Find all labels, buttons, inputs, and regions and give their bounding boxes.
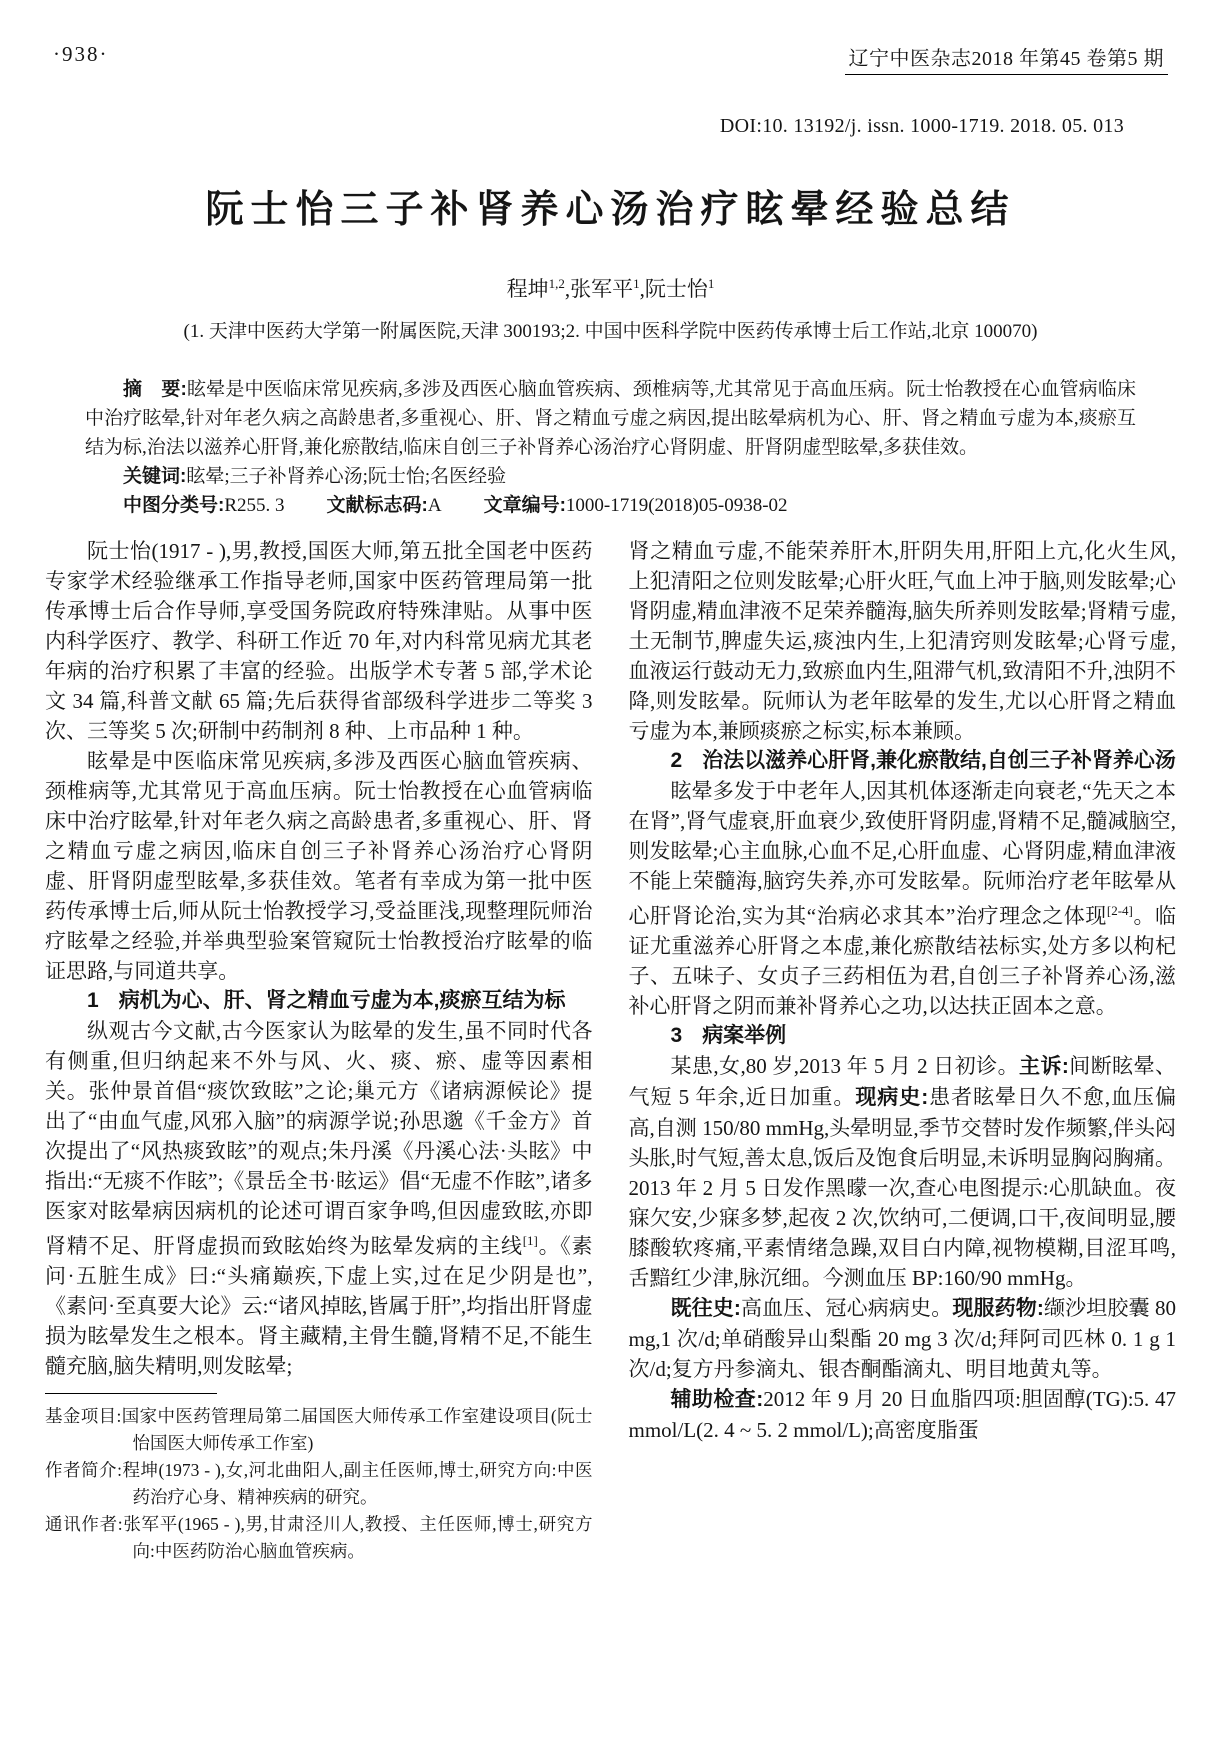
journal-issue-title: 辽宁中医杂志2018 年第45 卷第5 期 (845, 42, 1169, 75)
abstract-label: 摘 要: (123, 379, 187, 400)
footnote-text: 张军平(1965 - ),男,甘肃泾川人,教授、主任医师,博士,研究方向:中医药… (123, 1514, 593, 1561)
meta-line: 中图分类号:R255. 3文献标志码:A文章编号:1000-1719(2018)… (85, 491, 1136, 520)
history-paragraph: 既往史:高血压、冠心病病史。现服药物:缬沙坦胶囊 80 mg,1 次/d;单硝酸… (629, 1293, 1177, 1384)
footnote-area: 基金项目:国家中医药管理局第二届国医大师传承工作室建设项目(阮士怡国医大师传承工… (45, 1393, 593, 1565)
article-title: 阮士怡三子补肾养心汤治疗眩晕经验总结 (45, 178, 1176, 233)
left-column: 阮士怡(1917 - ),男,教授,国医大师,第五批全国老中医药专家学术经验继承… (45, 536, 593, 1565)
footnote-divider (45, 1393, 217, 1394)
reference-superscript: [2-4] (1107, 903, 1133, 918)
reference-superscript: [1] (523, 1233, 538, 1248)
paragraph-text: 纵观古今文献,古今医家认为眩晕的发生,虽不同时代各有侧重,但归纳起来不外与风、火… (45, 1019, 593, 1258)
past-history-label: 既往史: (671, 1297, 741, 1320)
present-illness-label: 现病史: (855, 1086, 928, 1109)
body-columns: 阮士怡(1917 - ),男,教授,国医大师,第五批全国老中医药专家学术经验继承… (45, 536, 1176, 1565)
paragraph-text: 眩晕多发于中老年人,因其机体逐渐走向衰老,“先天之本在肾”,肾气虚衰,肝血衰少,… (629, 779, 1177, 928)
keywords-label: 关键词: (123, 466, 186, 487)
section-1-continued-paragraph: 肾之精血亏虚,不能荣养肝木,肝阴失用,肝阳上亢,化火生风,上犯清阳之位则发眩晕;… (629, 536, 1177, 746)
footnote-label: 通讯作者: (45, 1514, 123, 1534)
right-column: 肾之精血亏虚,不能荣养肝木,肝阴失用,肝阳上亢,化火生风,上犯清阳之位则发眩晕;… (629, 536, 1177, 1565)
author-name: 阮士怡 (645, 277, 708, 301)
section-title: 治法以滋养心肝肾,兼化瘀散结,自创三子补肾养心汤 (702, 749, 1176, 772)
doc-code-label: 文献标志码: (327, 495, 428, 516)
article-id-value: 1000-1719(2018)05-0938-02 (566, 495, 788, 516)
affiliation: (1. 天津中医药大学第一附属医院,天津 300193;2. 中国中医科学院中医… (45, 316, 1176, 343)
authors-line: 程坤1,2,张军平1,阮士怡1 (45, 273, 1176, 303)
section-3-heading: 3病案举例 (629, 1021, 1177, 1051)
page-number: ·938· (53, 42, 109, 67)
auxiliary-exam-label: 辅助检查: (671, 1388, 764, 1411)
paragraph-text: 患者眩晕日久不愈,血压偏高,自测 150/80 mmHg,头晕明显,季节交替时发… (629, 1085, 1177, 1290)
section-title: 病案举例 (702, 1024, 786, 1047)
author-affiliation-superscript: 1,2 (549, 276, 565, 291)
section-number: 1 (87, 989, 99, 1012)
doc-code-value: A (428, 495, 442, 516)
chief-complaint-label: 主诉: (1019, 1055, 1069, 1078)
section-number: 3 (671, 1024, 683, 1047)
auxiliary-exam-paragraph: 辅助检查:2012 年 9 月 20 日血脂四项:胆固醇(TG):5. 47 m… (629, 1384, 1177, 1445)
keywords-line: 关键词:眩晕;三子补肾养心汤;阮士怡;名医经验 (85, 462, 1136, 491)
author-name: 张军平 (570, 277, 633, 301)
journal-page: ·938· 辽宁中医杂志2018 年第45 卷第5 期 DOI:10. 1319… (0, 0, 1221, 1757)
section-1-paragraph: 纵观古今文献,古今医家认为眩晕的发生,虽不同时代各有侧重,但归纳起来不外与风、火… (45, 1016, 593, 1381)
intro-paragraph: 眩晕是中医临床常见疾病,多涉及西医心脑血管疾病、颈椎病等,尤其常见于高血压病。阮… (45, 746, 593, 986)
paragraph-text: 某患,女,80 岁,2013 年 5 月 2 日初诊。 (671, 1054, 1020, 1078)
section-2-heading: 2治法以滋养心肝肾,兼化瘀散结,自创三子补肾养心汤 (629, 746, 1177, 776)
footnote-fund-project: 基金项目:国家中医药管理局第二届国医大师传承工作室建设项目(阮士怡国医大师传承工… (45, 1403, 593, 1457)
footnote-text: 国家中医药管理局第二届国医大师传承工作室建设项目(阮士怡国医大师传承工作室) (121, 1406, 592, 1453)
page-header: ·938· 辽宁中医杂志2018 年第45 卷第5 期 (45, 42, 1176, 75)
section-number: 2 (671, 749, 683, 772)
keywords-text: 眩晕;三子补肾养心汤;阮士怡;名医经验 (186, 466, 506, 487)
intro-paragraph: 阮士怡(1917 - ),男,教授,国医大师,第五批全国老中医药专家学术经验继承… (45, 536, 593, 746)
footnote-text: 程坤(1973 - ),女,河北曲阳人,副主任医师,博士,研究方向:中医药治疗心… (122, 1460, 593, 1507)
clc-value: R255. 3 (224, 495, 284, 516)
clc-label: 中图分类号: (123, 495, 224, 516)
author-name: 程坤 (507, 277, 549, 301)
footnote-label: 基金项目: (45, 1406, 121, 1426)
footnote-corresponding-author: 通讯作者:张军平(1965 - ),男,甘肃泾川人,教授、主任医师,博士,研究方… (45, 1511, 593, 1565)
section-title: 病机为心、肝、肾之精血亏虚为本,痰瘀互结为标 (119, 989, 566, 1012)
article-id-label: 文章编号: (484, 495, 566, 516)
abstract-text: 眩晕是中医临床常见疾病,多涉及西医心脑血管疾病、颈椎病等,尤其常见于高血压病。阮… (85, 379, 1136, 458)
author-affiliation-superscript: 1 (708, 276, 715, 291)
section-1-heading: 1病机为心、肝、肾之精血亏虚为本,痰瘀互结为标 (45, 986, 593, 1016)
abstract-block: 摘 要:眩晕是中医临床常见疾病,多涉及西医心脑血管疾病、颈椎病等,尤其常见于高血… (85, 375, 1136, 520)
footnote-author-bio: 作者简介:程坤(1973 - ),女,河北曲阳人,副主任医师,博士,研究方向:中… (45, 1457, 593, 1511)
footnote-label: 作者简介: (45, 1460, 122, 1480)
doi: DOI:10. 13192/j. issn. 1000-1719. 2018. … (45, 115, 1176, 138)
case-paragraph: 某患,女,80 岁,2013 年 5 月 2 日初诊。主诉:间断眩晕、气短 5 … (629, 1051, 1177, 1293)
abstract: 摘 要:眩晕是中医临床常见疾病,多涉及西医心脑血管疾病、颈椎病等,尤其常见于高血… (85, 375, 1136, 462)
paragraph-text: 高血压、冠心病病史。 (741, 1296, 952, 1320)
current-medication-label: 现服药物: (952, 1297, 1044, 1320)
section-2-paragraph: 眩晕多发于中老年人,因其机体逐渐走向衰老,“先天之本在肾”,肾气虚衰,肝血衰少,… (629, 776, 1177, 1021)
